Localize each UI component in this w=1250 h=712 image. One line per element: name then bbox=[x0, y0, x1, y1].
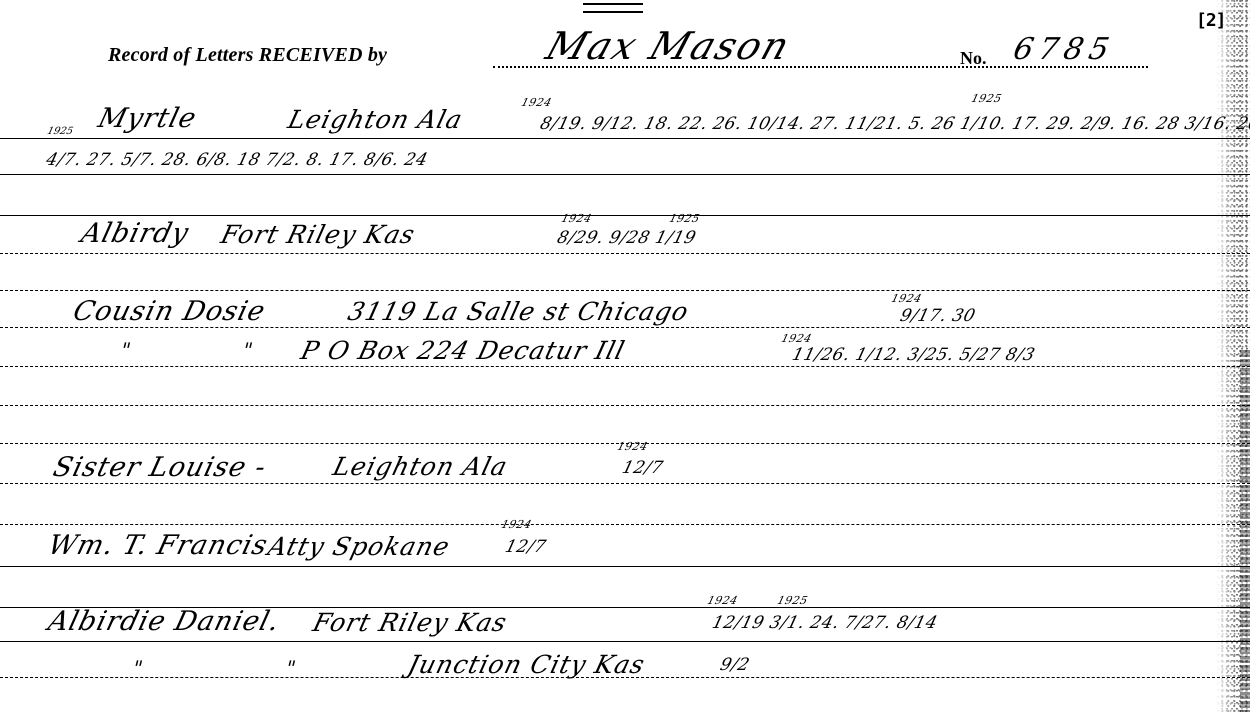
ruled-line bbox=[0, 566, 1250, 567]
ruled-line bbox=[0, 174, 1250, 175]
ruled-line bbox=[0, 366, 1250, 367]
entry-place: 3119 La Salle st Chicago bbox=[345, 297, 692, 326]
entry-dates: 12/19 3/1. 24. 7/27. 8/14 bbox=[710, 613, 940, 633]
header-title: Record of Letters RECEIVED by bbox=[108, 44, 387, 67]
ledger-header: Record of Letters RECEIVED by Max Mason … bbox=[108, 36, 1148, 70]
entry-place: Fort Riley Kas bbox=[218, 220, 418, 249]
ruled-line bbox=[0, 290, 1250, 291]
ruled-line bbox=[0, 327, 1250, 328]
ruled-line bbox=[0, 215, 1250, 216]
margin-year: 1925 bbox=[46, 126, 74, 137]
entry-name: Sister Louise - bbox=[50, 452, 270, 483]
recipient-name: Max Mason bbox=[541, 24, 797, 68]
year-mark: 1925 bbox=[776, 594, 809, 607]
ruled-line bbox=[0, 641, 1250, 642]
entry-dates: 8/29. 9/28 1/19 bbox=[555, 228, 698, 248]
entry-place: P O Box 224 Decatur Ill bbox=[298, 336, 628, 365]
ruled-line bbox=[0, 483, 1250, 484]
top-double-rule bbox=[583, 3, 643, 13]
entry-dates: 8/19. 9/12. 18. 22. 26. 10/14. 27. 11/21… bbox=[538, 114, 1250, 134]
entry-place: Atty Spokane bbox=[265, 532, 453, 561]
entry-place: Leighton Ala bbox=[285, 105, 466, 134]
ditto-mark: " bbox=[240, 338, 255, 362]
ruled-line bbox=[0, 253, 1250, 254]
ruled-line bbox=[0, 524, 1250, 525]
page-tag: [2] bbox=[1196, 10, 1226, 31]
entry-dates: 9/17. 30 bbox=[898, 306, 978, 326]
ledger-page: Record of Letters RECEIVED by Max Mason … bbox=[0, 0, 1250, 712]
year-mark: 1924 bbox=[560, 212, 593, 225]
entry-dates: 9/2 bbox=[718, 655, 752, 675]
entry-place: Fort Riley Kas bbox=[310, 608, 510, 637]
entry-name: Cousin Dosie bbox=[70, 296, 269, 327]
year-mark: 1924 bbox=[500, 518, 533, 531]
entry-name: Albirdy bbox=[78, 218, 192, 249]
entry-dates: 12/7 bbox=[503, 537, 548, 557]
entry-place: Junction City Kas bbox=[405, 650, 648, 679]
year-mark: 1925 bbox=[970, 92, 1003, 105]
ditto-mark: " bbox=[118, 338, 133, 362]
year-mark: 1924 bbox=[706, 594, 739, 607]
number-value: 6785 bbox=[1010, 32, 1118, 67]
entry-name: Myrtle bbox=[95, 103, 200, 134]
year-mark: 1925 bbox=[668, 212, 701, 225]
ruled-line bbox=[0, 405, 1250, 406]
ruled-line bbox=[0, 138, 1250, 139]
year-mark: 1924 bbox=[520, 96, 553, 109]
number-label: No. bbox=[960, 48, 987, 69]
year-mark: 1924 bbox=[890, 292, 923, 305]
year-mark: 1924 bbox=[780, 332, 813, 345]
entry-dates-continued: 4/7. 27. 5/7. 28. 6/8. 18 7/2. 8. 17. 8/… bbox=[44, 150, 430, 170]
entry-name: Albirdie Daniel. bbox=[45, 606, 283, 637]
entry-name: Wm. T. Francis bbox=[45, 530, 271, 561]
entry-dates: 12/7 bbox=[620, 458, 665, 478]
year-mark: 1924 bbox=[616, 440, 649, 453]
entry-dates: 11/26. 1/12. 3/25. 5/27 8/3 bbox=[790, 345, 1037, 365]
entry-place: Leighton Ala bbox=[330, 452, 511, 481]
